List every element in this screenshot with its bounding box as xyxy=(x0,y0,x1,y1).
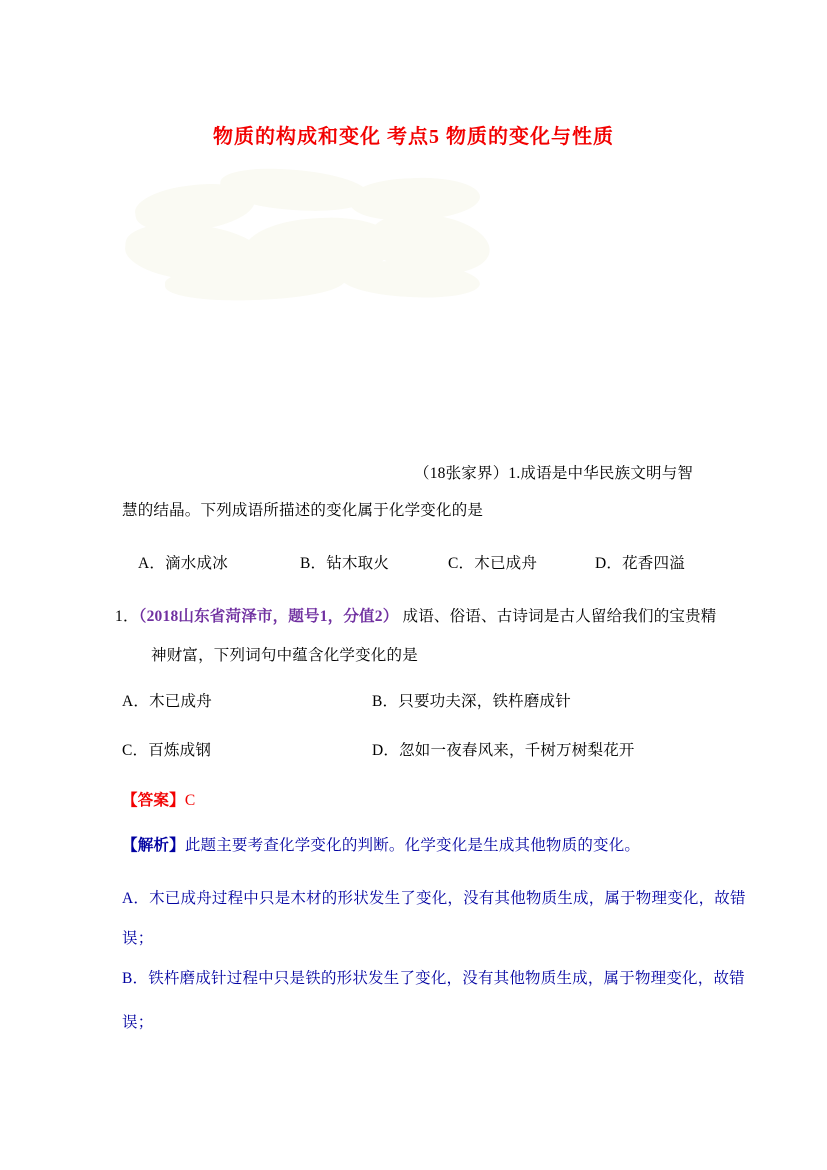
zhangjiajie-option-d: D．花香四溢 xyxy=(595,553,685,575)
zhangjiajie-stem-line1: （18张家界）1.成语是中华民族文明与智 xyxy=(414,463,693,485)
question-stem-part1: 成语、俗语、古诗词是古人留给我们的宝贵精 xyxy=(398,608,716,625)
answer-value: C xyxy=(185,792,196,809)
analysis-line: 【解析】此题主要考查化学变化的判断。化学变化是生成其他物质的变化。 xyxy=(122,835,640,857)
question-source: （2018山东省菏泽市，题号1，分值2） xyxy=(139,608,399,625)
heze-option-d: D．忽如一夜春风来，千树万树梨花开 xyxy=(372,740,635,762)
zhangjiajie-stem-line2: 慧的结晶。下列成语所描述的变化属于化学变化的是 xyxy=(122,500,483,522)
analysis-label: 【解析】 xyxy=(122,837,185,854)
answer-line: 【答案】C xyxy=(122,790,195,812)
page-title: 物质的构成和变化 考点5 物质的变化与性质 xyxy=(0,120,827,149)
zhangjiajie-option-a: A．滴水成冰 xyxy=(138,553,228,575)
answer-label: 【答案】 xyxy=(122,792,185,809)
question-number: 1． xyxy=(115,608,139,625)
heze-stem-line1: 1．（2018山东省菏泽市，题号1，分值2） 成语、俗语、古诗词是古人留给我们的… xyxy=(115,606,717,628)
explanation-b-line2: 误； xyxy=(122,1012,153,1034)
heze-stem-line2: 神财富，下列词句中蕴含化学变化的是 xyxy=(151,645,418,667)
heze-option-a: A．木已成舟 xyxy=(122,691,212,713)
heze-option-b: B．只要功夫深，铁杵磨成针 xyxy=(372,691,571,713)
faded-watermark-image xyxy=(125,170,500,305)
zhangjiajie-option-b: B．钻木取火 xyxy=(300,553,389,575)
explanation-a-line2: 误； xyxy=(122,928,153,950)
explanation-a-line1: A．木已成舟过程中只是木材的形状发生了变化，没有其他物质生成，属于物理变化，故错 xyxy=(122,888,746,910)
explanation-b-line1: B．铁杵磨成针过程中只是铁的形状发生了变化，没有其他物质生成，属于物理变化，故错 xyxy=(122,968,745,990)
document-page: 物质的构成和变化 考点5 物质的变化与性质 （18张家界）1.成语是中华民族文明… xyxy=(0,0,827,1170)
heze-option-c: C．百炼成钢 xyxy=(122,740,211,762)
analysis-text: 此题主要考查化学变化的判断。化学变化是生成其他物质的变化。 xyxy=(185,837,640,854)
zhangjiajie-option-c: C．木已成舟 xyxy=(448,553,537,575)
